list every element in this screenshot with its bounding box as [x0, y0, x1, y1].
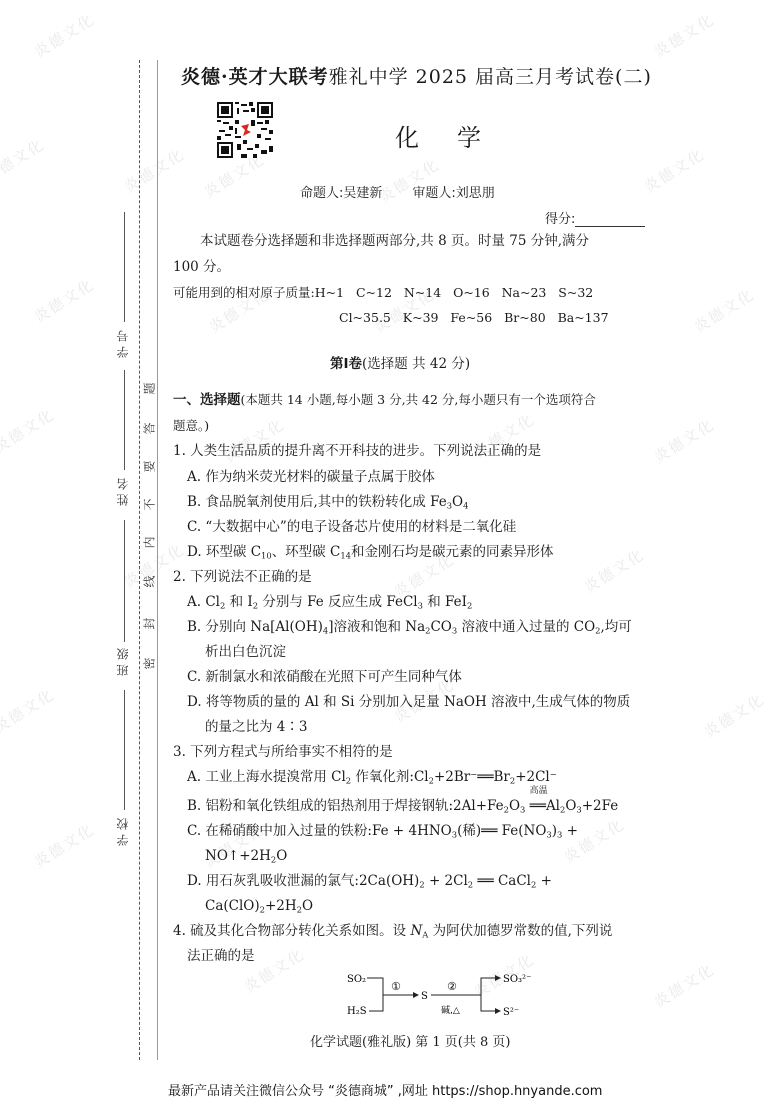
atomic-mass-row-1: 可能用到的相对原子质量:H~1 C~12 N~14 O~16 Na~23 S~3… [173, 285, 593, 300]
name-blank [124, 370, 125, 470]
intro-line-1: 本试题卷分选择题和非选择题两部分,共 8 页。时量 75 分钟,满分 [200, 233, 589, 249]
diagram-step2: ② [447, 980, 457, 993]
question-3-option-a: A. 工业上海水提溴常用 Cl2 作氧化剂:Cl2+2Br−══Br2+2Cl− [187, 769, 557, 786]
section-title-rest: (选择题 共 42 分) [362, 356, 470, 372]
page-footer: 化学试题(雅礼版) 第 1 页(共 8 页) [310, 1031, 511, 1050]
binding-solid-line [157, 60, 158, 1060]
diagram-so2: SO₂ [347, 974, 366, 985]
diagram-condition: 碱,△ [441, 1004, 460, 1016]
diagram-sulfide: S²⁻ [503, 1007, 519, 1018]
question-1-option-b: B. 食品脱氧剂使用后,其中的铁粉转化成 Fe3O4 [187, 494, 468, 511]
question-2-option-b: B. 分别向 Na[Al(OH)4]溶液和饱和 Na2CO3 溶液中通入过量的 … [187, 619, 632, 636]
exam-name: 雅礼中学 2025 届高三月考试卷(二) [329, 66, 652, 88]
question-4-stem: 4. 硫及其化合物部分转化关系如图。设 NA 为阿伏加德罗常数的值,下列说 [173, 923, 612, 940]
score-label: 得分: [545, 212, 575, 227]
part-heading: 一、选择题(本题共 14 小题,每小题 3 分,共 42 分,每小题只有一个选项… [173, 392, 596, 408]
setter: 命题人:吴建新 [300, 186, 382, 201]
section-title: 第Ⅰ卷(选择题 共 42 分) [330, 356, 470, 372]
reviewer: 审题人:刘思朋 [412, 186, 494, 201]
question-2-option-d-cont: 的量之比为 4∶3 [205, 719, 307, 735]
question-1-option-d: D. 环型碳 C10、环型碳 C14和金刚石均是碳元素的同素异形体 [187, 544, 553, 561]
intro-line-2: 100 分。 [173, 259, 230, 275]
question-1-option-a: A. 作为纳米荧光材料的碳量子点属于胶体 [187, 469, 435, 485]
part-desc-2: 题意。) [173, 418, 209, 433]
class-label: 班 级 [114, 648, 131, 676]
question-3-option-c-cont: NO↑+2H2O [205, 848, 287, 865]
promo-footer: 最新产品请关注微信公众号 “炎德商城” ,网址 https://shop.hny… [168, 1080, 602, 1099]
score-field: 得分: [545, 208, 645, 227]
question-2-option-a: A. Cl2 和 I2 分别与 Fe 反应生成 FeCl3 和 FeI2 [187, 594, 472, 611]
question-3-option-d: D. 用石灰乳吸收泄漏的氯气:2Ca(OH)2 + 2Cl2 ══ CaCl2 … [187, 873, 552, 890]
part-desc-1: (本题共 14 小题,每小题 3 分,共 42 分,每小题只有一个选项符合 [241, 392, 596, 407]
sulfur-conversion-diagram: SO₂ H₂S ① S ② 碱,△ SO₃²⁻ S²⁻ [345, 958, 545, 1020]
subject-title: 化学 [395, 118, 519, 153]
class-blank [124, 520, 125, 642]
atomic-mass-values-2: Cl~35.5 K~39 Fe~56 Br~80 Ba~137 [339, 310, 609, 325]
section-title-bold: 第Ⅰ卷 [330, 356, 362, 372]
diagram-s: S [421, 991, 428, 1002]
atomic-mass-label: 可能用到的相对原子质量: [173, 285, 315, 300]
diagram-sulfite: SO₃²⁻ [503, 974, 531, 985]
question-2-option-d: D. 将等物质的量的 Al 和 Si 分别加入足量 NaOH 溶液中,生成气体的… [187, 694, 630, 710]
school-blank [124, 690, 125, 810]
student-id-label: 学 号 [114, 330, 131, 358]
question-1-option-c: C. “大数据中心”的电子设备芯片使用的材料是二氧化硅 [187, 519, 516, 535]
question-3-stem: 3. 下列方程式与所给事实不相符的是 [173, 744, 393, 760]
school-label: 学 校 [114, 818, 131, 846]
question-4-stem-cont: 法正确的是 [187, 948, 255, 964]
exam-title: 炎德·英才大联考雅礼中学 2025 届高三月考试卷(二) [181, 62, 652, 89]
question-2-option-c: C. 新制氯水和浓硝酸在光照下可产生同种气体 [187, 669, 462, 685]
question-1-stem: 1. 人类生活品质的提升离不开科技的进步。下列说法正确的是 [173, 443, 541, 459]
exam-brand: 炎德·英才大联考 [181, 66, 329, 88]
binding-dotted-line [139, 60, 140, 1060]
diagram-step1: ① [391, 980, 401, 993]
diagram-h2s: H₂S [347, 1006, 367, 1017]
score-blank[interactable] [575, 215, 645, 227]
atomic-mass-values-1: H~1 C~12 N~14 O~16 Na~23 S~32 [315, 285, 594, 300]
student-id-blank [124, 212, 125, 322]
question-3-option-c: C. 在稀硝酸中加入过量的铁粉:Fe + 4HNO3(稀)══ Fe(NO3)3… [187, 823, 578, 840]
part-heading-bold: 一、选择题 [173, 392, 241, 408]
name-label: 姓 名 [114, 478, 131, 506]
authors: 命题人:吴建新审题人:刘思朋 [300, 182, 495, 201]
question-2-stem: 2. 下列说法不正确的是 [173, 569, 312, 585]
question-3-option-d-cont: Ca(ClO)2+2H2O [205, 898, 313, 915]
question-2-option-b-cont: 析出白色沉淀 [205, 644, 286, 660]
qr-code-icon [217, 102, 273, 158]
question-3-option-b: B. 铝粉和氧化铁组成的铝热剂用于焊接钢轨:2Al+Fe2O3 ══高温Al2O… [187, 798, 618, 815]
